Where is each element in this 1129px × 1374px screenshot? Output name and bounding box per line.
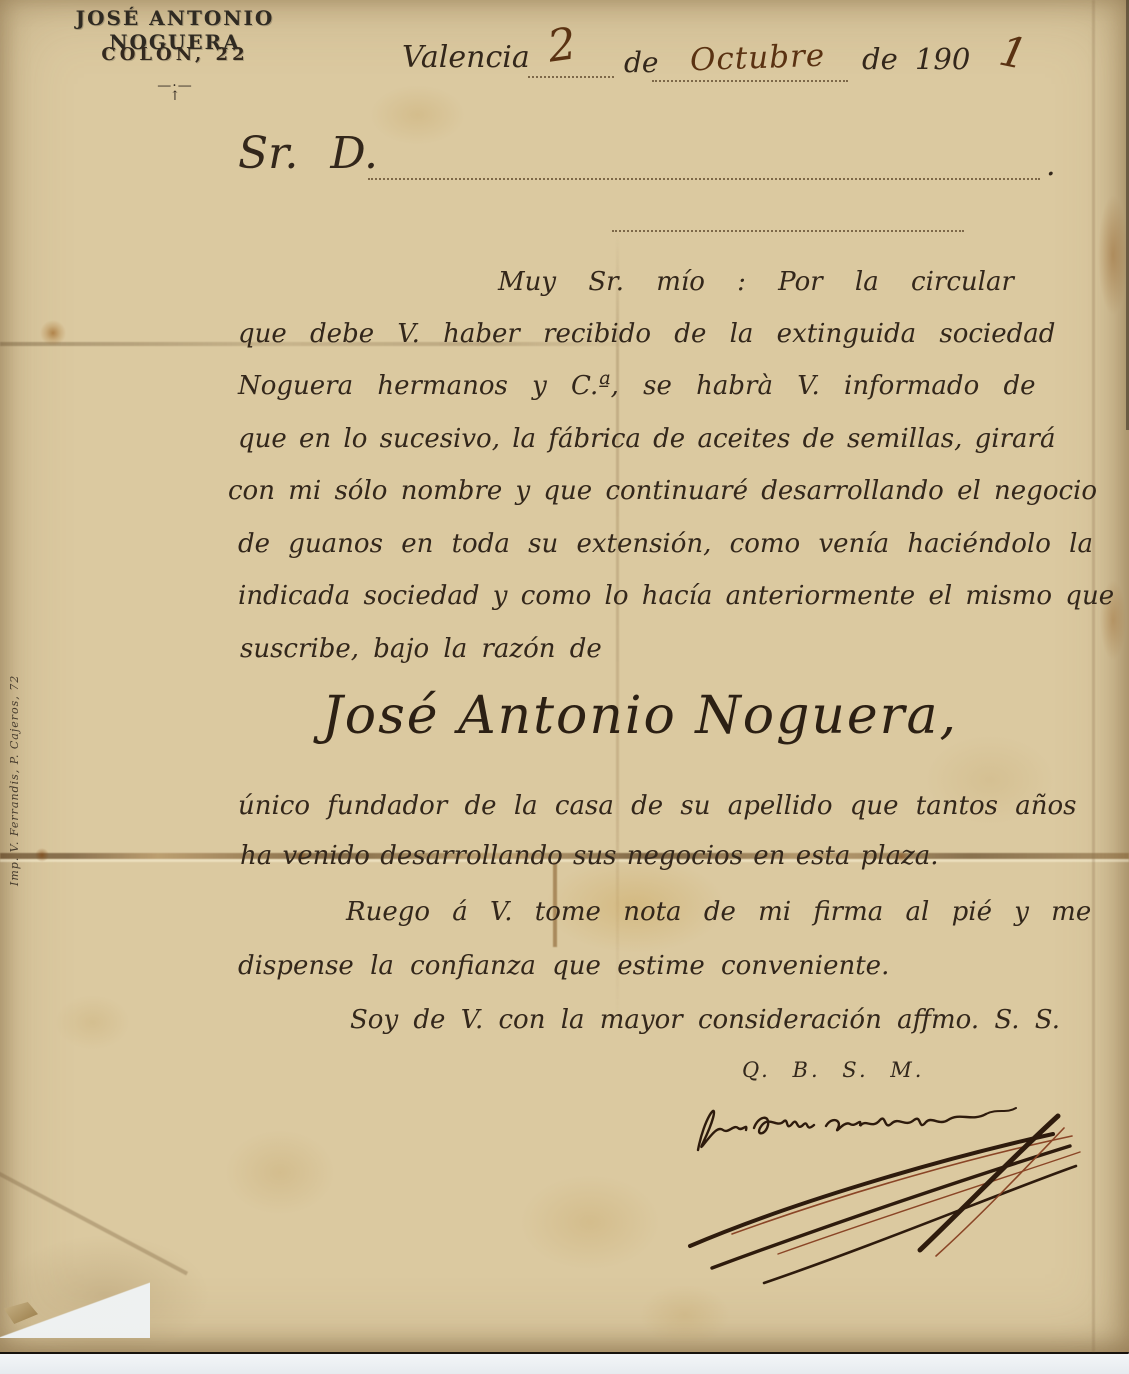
edge-stain bbox=[1098, 195, 1128, 315]
body-line: Noguera hermanos y C.ª, se habrà V. info… bbox=[238, 366, 1036, 406]
salutation-prefix: Sr. D. bbox=[238, 128, 378, 179]
scanned-letter-page: { "letterhead": { "name": "JOSÉ ANTONIO … bbox=[0, 0, 1129, 1374]
dateline-day-dotted-line bbox=[528, 76, 614, 78]
water-stain bbox=[225, 1130, 335, 1215]
second-dotted-line bbox=[612, 230, 964, 232]
water-stain bbox=[640, 1285, 730, 1345]
body-line: dispense la confianza que estime conveni… bbox=[238, 946, 889, 986]
dateline-month-handwritten: Octubre bbox=[689, 38, 825, 79]
letter-paper: JOSÉ ANTONIO NOGUERA COLÓN, 22 —·— ↑ Val… bbox=[0, 0, 1129, 1356]
fold-crease-corner bbox=[0, 1169, 188, 1276]
torn-corner bbox=[0, 1268, 150, 1338]
dateline-day-handwritten: 2 bbox=[545, 18, 580, 72]
water-stain bbox=[55, 995, 130, 1050]
body-line: suscribe, bajo la razón de bbox=[240, 629, 602, 669]
ornament-arrow-icon: ↑ bbox=[30, 92, 320, 102]
scanner-background-strip bbox=[0, 1354, 1129, 1374]
body-line: indicada sociedad y como lo hacía anteri… bbox=[238, 576, 1114, 616]
rust-dot bbox=[35, 848, 49, 862]
letterhead-ornament-icon: —·— ↑ bbox=[30, 80, 320, 102]
body-line: que en lo sucesivo, la fábrica de aceite… bbox=[238, 419, 1055, 459]
body-line: Ruego á V. tome nota de mi firma al pié … bbox=[346, 892, 1091, 932]
display-name-heading: José Antonio Noguera, bbox=[240, 686, 1040, 746]
rust-stain bbox=[40, 320, 66, 346]
letterhead-address: COLÓN, 22 bbox=[30, 44, 320, 65]
dateline-month-dotted-line bbox=[652, 80, 848, 82]
dateline-city: Valencia bbox=[402, 40, 530, 75]
body-line: ha venido desarrollando sus negocios en … bbox=[240, 836, 939, 876]
salutation-dotted-line bbox=[368, 178, 1040, 180]
dateline-year-digit-handwritten: 1 bbox=[995, 26, 1031, 79]
body-line: de guanos en toda su extensión, como ven… bbox=[238, 524, 1093, 564]
body-line: único fundador de la casa de su apellido… bbox=[238, 786, 1076, 826]
body-line: que debe V. haber recibido de la extingu… bbox=[238, 314, 1055, 354]
dateline-de1: de bbox=[624, 46, 659, 79]
dateline-de2: de 190 bbox=[862, 42, 970, 76]
body-line: Soy de V. con la mayor consideración aff… bbox=[350, 1000, 1060, 1040]
salutation-end-period: . bbox=[1046, 148, 1056, 183]
water-stain bbox=[520, 1175, 660, 1270]
handwritten-signature bbox=[668, 1078, 1098, 1288]
water-stain bbox=[370, 85, 465, 145]
printer-imprint: Imp. V. Ferrandis, P. Cajeros, 72 bbox=[8, 686, 28, 886]
body-line: Muy Sr. mío : Por la circular bbox=[498, 262, 1014, 302]
body-line: con mi sólo nombre y que continuaré desa… bbox=[228, 471, 1097, 511]
